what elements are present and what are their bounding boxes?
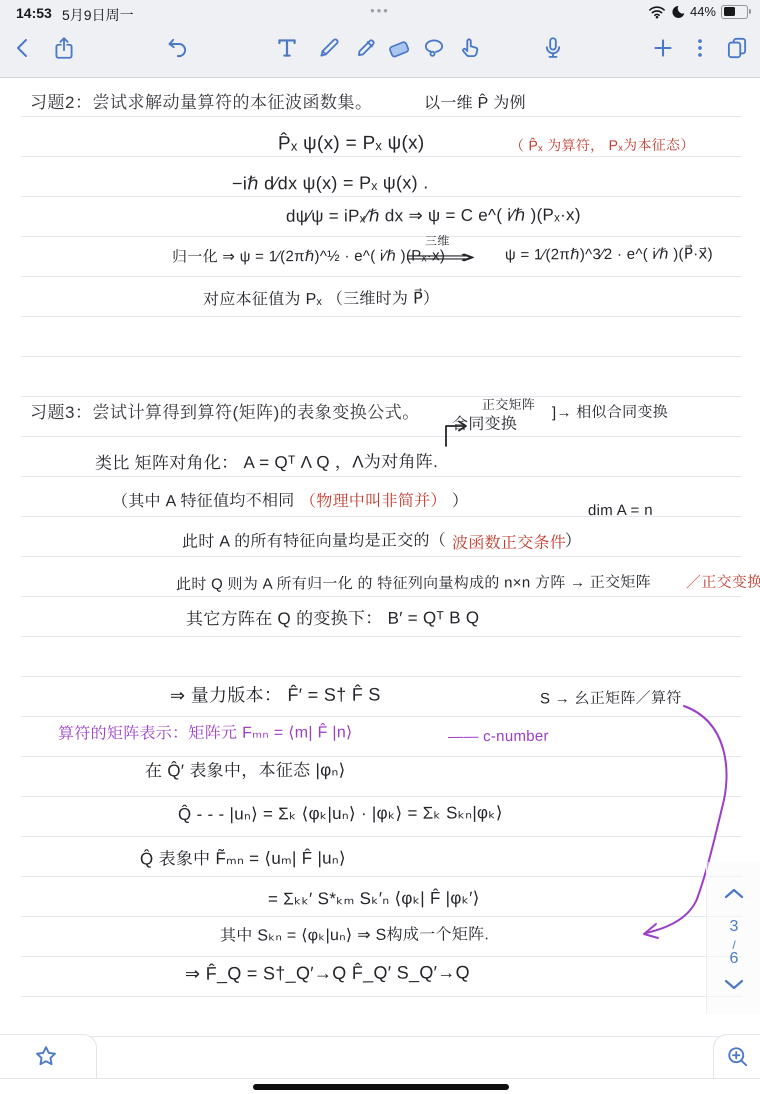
zoom-tab[interactable] [713, 1034, 760, 1079]
microphone-button[interactable] [535, 30, 571, 66]
multitask-dots-icon[interactable]: ••• [0, 3, 760, 18]
home-indicator[interactable] [253, 1084, 509, 1090]
exercise-2-heading: 习题2：尝试求解动量算符的本征波函数集。 [30, 88, 372, 113]
pages-overview-button[interactable] [719, 30, 755, 66]
chevron-up-icon[interactable] [707, 886, 760, 905]
moon-icon [671, 5, 685, 19]
pointer-tool-button[interactable] [452, 30, 488, 66]
lasso-tool-button[interactable] [416, 30, 452, 66]
exercise-3-heading: 习题3：尝试计算得到算符(矩阵)的表象变换公式。 [30, 398, 420, 423]
back-button[interactable] [5, 30, 41, 66]
note-canvas[interactable] [0, 77, 760, 1094]
star-icon [32, 1043, 60, 1071]
chevron-down-icon[interactable] [707, 978, 760, 997]
eraser-tool-button[interactable] [381, 30, 417, 66]
battery-percent: 44% [690, 4, 716, 19]
page-total: 6 [707, 950, 760, 968]
wifi-icon [648, 5, 666, 19]
text-tool-button[interactable] [269, 30, 305, 66]
top-bar: 14:53 5月9日周一 ••• 44% [0, 0, 760, 78]
battery-icon [721, 5, 748, 19]
share-button[interactable] [46, 30, 82, 66]
page-navigator: 3 / 6 [706, 862, 760, 1014]
add-page-button[interactable] [645, 30, 681, 66]
bookmark-tab[interactable] [0, 1034, 97, 1079]
highlighter-tool-button[interactable] [348, 30, 384, 66]
notes-app-screen: 习题2：尝试求解动量算符的本征波函数集。 习题3：尝试计算得到算符(矩阵)的表象… [0, 0, 760, 1094]
more-options-button[interactable] [682, 30, 718, 66]
undo-button[interactable] [159, 30, 195, 66]
pen-tool-button[interactable] [311, 30, 347, 66]
magnifier-plus-icon [724, 1043, 752, 1071]
status-bar: 14:53 5月9日周一 ••• 44% [0, 0, 760, 24]
page-current: 3 [707, 918, 760, 936]
